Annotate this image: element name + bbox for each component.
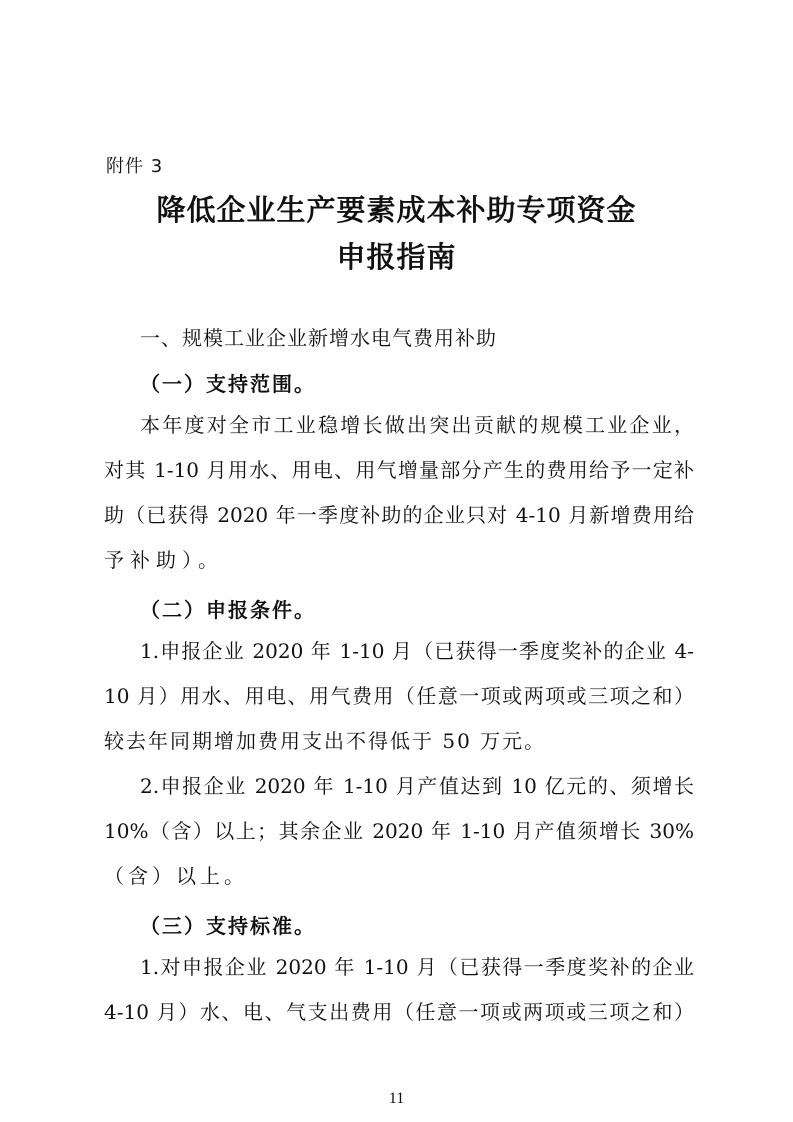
paragraph-line: 2.申报企业 2020 年 1-10 月产值达到 10 亿元的、须增长 bbox=[140, 774, 694, 798]
paragraph-line: （含）以上。 bbox=[104, 864, 694, 888]
paragraph-line: 对其 1-10 月用水、用电、用气增量部分产生的费用给予一定补 bbox=[104, 458, 694, 482]
document-page: 附件 3 降低企业生产要素成本补助专项资金 申报指南 一、规模工业企业新增水电气… bbox=[0, 0, 793, 1122]
attachment-label: 附件 3 bbox=[106, 152, 163, 178]
document-title-line-1: 降低企业生产要素成本补助专项资金 bbox=[0, 188, 793, 229]
paragraph-line: 10 月）用水、用电、用气费用（任意一项或两项或三项之和） bbox=[104, 684, 694, 708]
paragraph-line: 较去年同期增加费用支出不得低于 50 万元。 bbox=[104, 729, 694, 753]
paragraph-line: 10%（含）以上；其余企业 2020 年 1-10 月产值须增长 30% bbox=[104, 819, 694, 843]
subsection-2-heading: （二）申报条件。 bbox=[140, 594, 316, 623]
subsection-3-heading: （三）支持标准。 bbox=[140, 910, 316, 939]
paragraph-line: 予补助）。 bbox=[104, 548, 694, 572]
paragraph-line: 1.对申报企业 2020 年 1-10 月（已获得一季度奖补的企业 bbox=[140, 955, 694, 979]
paragraph-line: 助（已获得 2020 年一季度补助的企业只对 4-10 月新增费用给 bbox=[104, 503, 694, 527]
document-title-line-2: 申报指南 bbox=[0, 235, 793, 276]
subsection-1-heading: （一）支持范围。 bbox=[140, 368, 316, 397]
paragraph-line: 1.申报企业 2020 年 1-10 月（已获得一季度奖补的企业 4- bbox=[140, 639, 694, 663]
paragraph-line: 4-10 月）水、电、气支出费用（任意一项或两项或三项之和） bbox=[104, 1000, 694, 1024]
section-1-heading: 一、规模工业企业新增水电气费用补助 bbox=[140, 322, 497, 351]
page-number: 11 bbox=[0, 1090, 793, 1108]
paragraph-line: 本年度对全市工业稳增长做出突出贡献的规模工业企业， bbox=[140, 413, 694, 437]
